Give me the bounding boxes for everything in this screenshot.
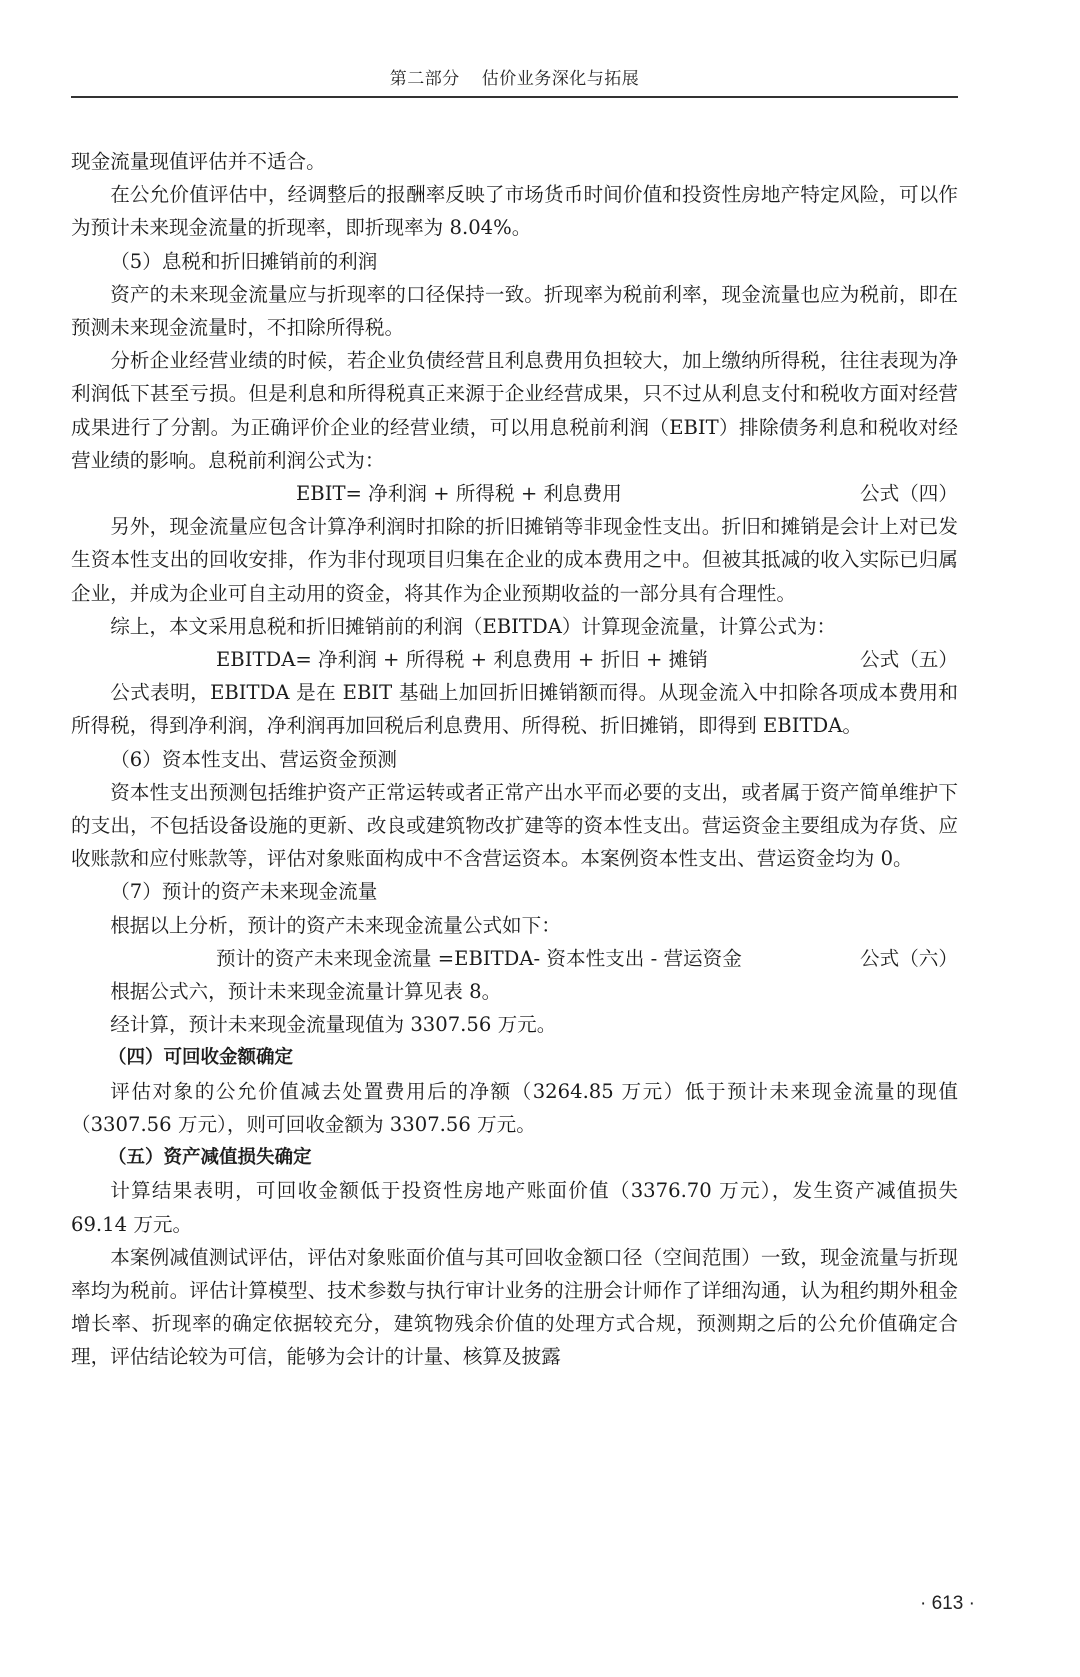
page-body: 现金流量现值评估并不适合。 在公允价值评估中，经调整后的报酬率反映了市场货币时间…	[71, 145, 958, 1374]
subsection-heading: （7）预计的资产未来现金流量	[71, 875, 958, 908]
subsection-heading: （5）息税和折旧摊销前的利润	[71, 245, 958, 278]
part-label: 第二部分	[390, 69, 460, 89]
paragraph: 综上，本文采用息税和折旧摊销前的利润（EBITDA）计算现金流量，计算公式为：	[71, 610, 958, 643]
formula-tag: 公式（六）	[860, 942, 958, 975]
formula-tag: 公式（五）	[860, 643, 958, 676]
formula-6: 预计的资产未来现金流量 =EBITDA- 资本性支出 - 营运资金 公式（六）	[71, 942, 958, 975]
paragraph: 评估对象的公允价值减去处置费用后的净额（3264.85 万元）低于预计未来现金流…	[71, 1075, 958, 1141]
chapter-title: 估价业务深化与拓展	[482, 69, 640, 89]
page-number: · 613 ·	[920, 1593, 975, 1615]
formula-expression: 预计的资产未来现金流量 =EBITDA- 资本性支出 - 营运资金	[71, 942, 742, 975]
formula-tag: 公式（四）	[860, 477, 958, 510]
paragraph: 经计算，预计未来现金流量现值为 3307.56 万元。	[71, 1008, 958, 1041]
formula-expression: EBITDA= 净利润 + 所得税 + 利息费用 + 折旧 + 摊销	[71, 643, 708, 676]
subsection-heading: （6）资本性支出、营运资金预测	[71, 743, 958, 776]
running-header: 第二部分估价业务深化与拓展	[71, 64, 958, 89]
paragraph: 在公允价值评估中，经调整后的报酬率反映了市场货币时间价值和投资性房地产特定风险，…	[71, 178, 958, 244]
paragraph: 另外，现金流量应包含计算净利润时扣除的折旧摊销等非现金性支出。折旧和摊销是会计上…	[71, 510, 958, 610]
paragraph: 资产的未来现金流量应与折现率的口径保持一致。折现率为税前利率，现金流量也应为税前…	[71, 278, 958, 344]
paragraph: 根据公式六，预计未来现金流量计算见表 8。	[71, 975, 958, 1008]
paragraph: 分析企业经营业绩的时候，若企业负债经营且利息费用负担较大，加上缴纳所得税，往往表…	[71, 344, 958, 477]
formula-expression: EBIT= 净利润 + 所得税 + 利息费用	[71, 477, 622, 510]
header-rule	[71, 96, 958, 98]
paragraph: 公式表明，EBITDA 是在 EBIT 基础上加回折旧摊销额而得。从现金流入中扣…	[71, 676, 958, 742]
section-heading: （五）资产减值损失确定	[71, 1141, 958, 1174]
paragraph: 根据以上分析，预计的资产未来现金流量公式如下：	[71, 909, 958, 942]
paragraph: 计算结果表明，可回收金额低于投资性房地产账面价值（3376.70 万元），发生资…	[71, 1174, 958, 1240]
formula-4: EBIT= 净利润 + 所得税 + 利息费用 公式（四）	[71, 477, 958, 510]
section-heading: （四）可回收金额确定	[71, 1041, 958, 1074]
paragraph: 资本性支出预测包括维护资产正常运转或者正常产出水平而必要的支出，或者属于资产简单…	[71, 776, 958, 876]
formula-5: EBITDA= 净利润 + 所得税 + 利息费用 + 折旧 + 摊销 公式（五）	[71, 643, 958, 676]
paragraph: 现金流量现值评估并不适合。	[71, 145, 958, 178]
paragraph: 本案例减值测试评估，评估对象账面价值与其可回收金额口径（空间范围）一致，现金流量…	[71, 1241, 958, 1374]
